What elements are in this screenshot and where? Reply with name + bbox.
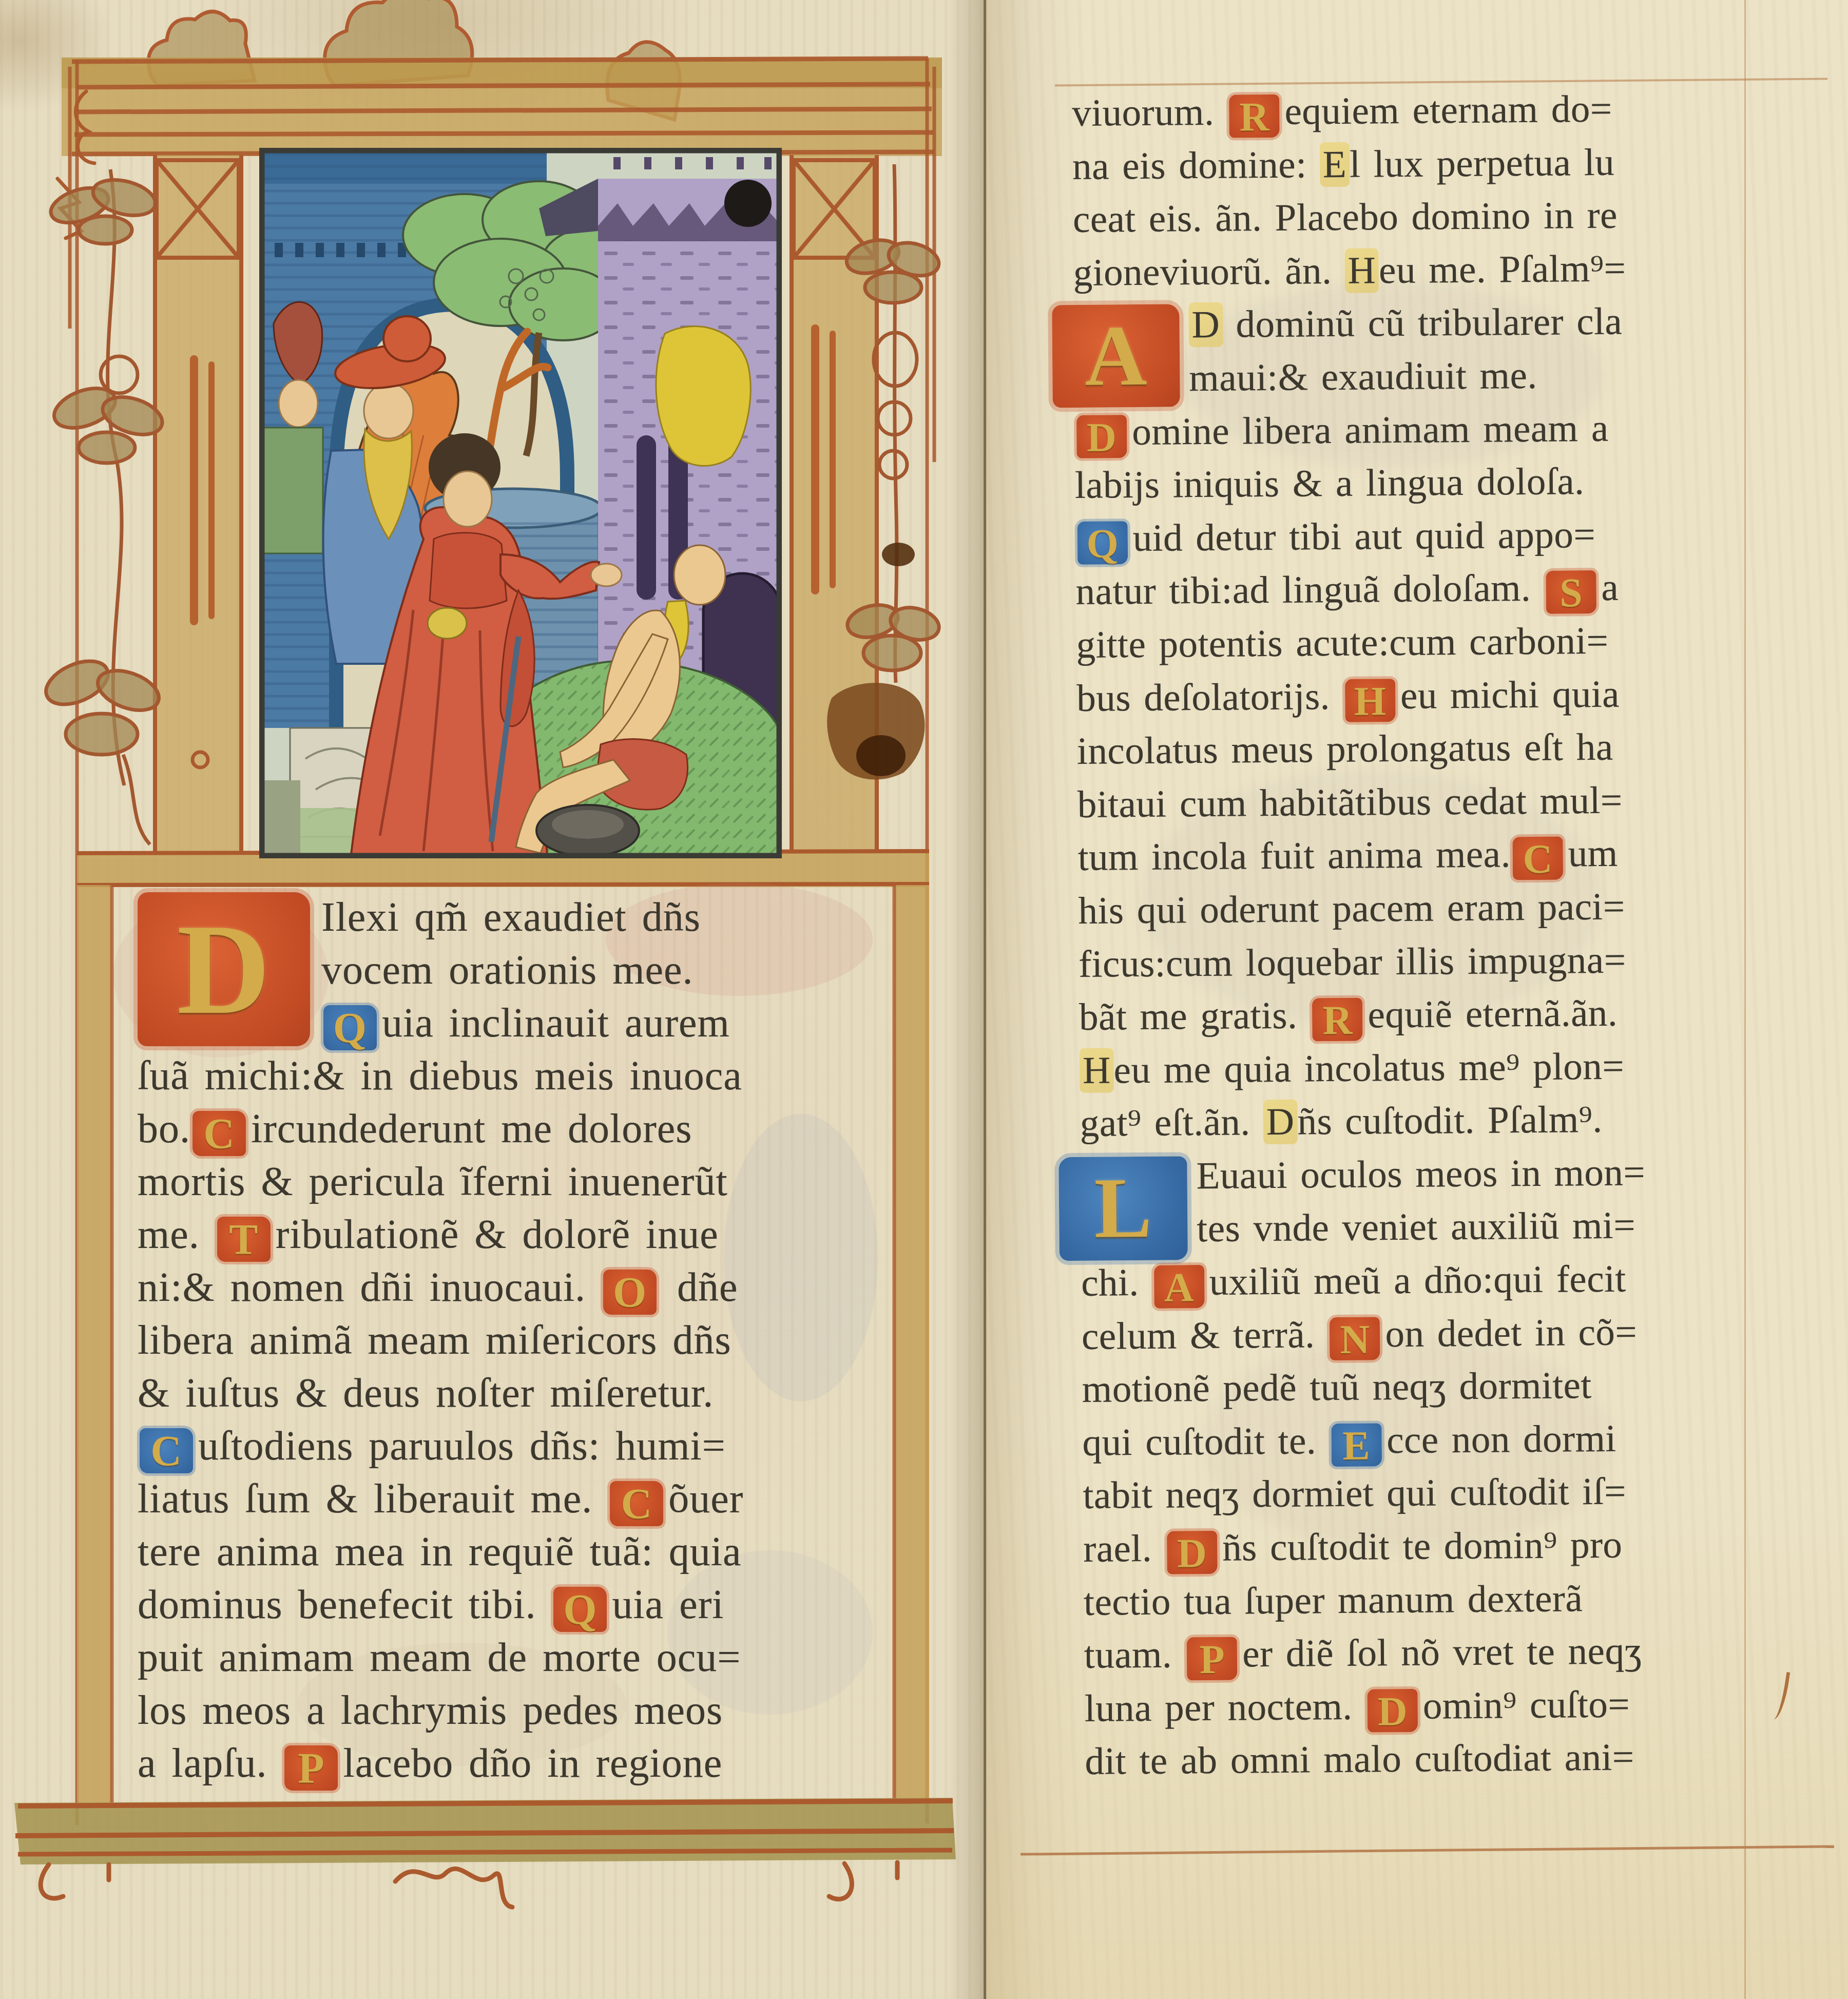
illuminated-initial-a: A: [1052, 304, 1180, 408]
latin-text: ceat eis. ãn. Placebo domino in re: [1073, 194, 1618, 241]
text-line: Domine libera animam meam a: [1074, 405, 1758, 464]
left-pilaster: [154, 155, 242, 853]
text-line: viuorum. Requiem eternam do=: [1072, 86, 1755, 145]
yellow-purse: [428, 608, 467, 639]
text-line: mortis & pericula ĩferni inuenerũt: [138, 1159, 891, 1212]
text-line: bus deſolatorijs. Heu michi quia: [1076, 671, 1760, 729]
text-line: tuam. Per diẽ ſol nõ vret te neqʒ: [1084, 1628, 1767, 1687]
text-line: puit animam meam de morte ocu=: [138, 1635, 891, 1687]
latin-text: celum & terrã.: [1082, 1313, 1328, 1358]
latin-text: l lux perpetua lu: [1350, 141, 1615, 185]
small-ink-blob: [882, 543, 915, 566]
illuminated-initial-d: D: [138, 892, 310, 1046]
right-text-column: viuorum. Requiem eternam do=na eis domin…: [1072, 86, 1768, 1793]
latin-text: on dedet in cõ=: [1385, 1311, 1637, 1355]
latin-text: luna per noctem.: [1084, 1685, 1365, 1729]
painted-initial-q: Q: [553, 1587, 607, 1632]
text-line: gitte potentis acute:cum carboni=: [1076, 618, 1759, 676]
latin-text: tuam.: [1084, 1633, 1185, 1677]
latin-text: a: [1601, 566, 1619, 609]
latin-text: uid detur tibi aut quid appo=: [1133, 513, 1596, 560]
text-line: gioneviuorũ. ãn. Heu me. Pſalm⁹=: [1073, 245, 1756, 304]
painted-initial-o: O: [603, 1270, 657, 1315]
latin-text: & iuſtus & deus noſter miſeretur.: [138, 1371, 714, 1416]
text-line: Heu me quia incolatus me⁹ plon=: [1080, 1043, 1763, 1102]
painted-initial-h: H: [1345, 679, 1396, 722]
latin-text: bo.: [138, 1106, 190, 1151]
text-line: tum incola fuit anima mea.Cum: [1077, 831, 1761, 889]
latin-text: equiẽ eternã.ãn.: [1368, 992, 1618, 1036]
latin-text: bus deſolatorijs.: [1076, 675, 1343, 719]
black-finial: [724, 180, 772, 227]
latin-text: Euaui oculos meos in mon=: [1196, 1151, 1645, 1197]
text-line: tere anima mea in requiẽ tuã: quia: [138, 1529, 891, 1582]
latin-text: motionẽ pedẽ tuũ neqʒ dormitet: [1082, 1364, 1592, 1411]
text-line: dominus benefecit tibi. Quia eri: [138, 1582, 891, 1635]
text-line: liatus ſum & liberauit me. Cõuer: [138, 1476, 891, 1529]
painted-initial-c: C: [140, 1428, 193, 1473]
painted-initial-p: P: [1187, 1637, 1238, 1681]
painted-initial-d: D: [1167, 1531, 1218, 1574]
painted-initial-n: N: [1330, 1317, 1380, 1360]
latin-text: õuer: [668, 1476, 743, 1522]
latin-text: vocem orationis mee.: [321, 948, 693, 993]
latin-text: chi.: [1081, 1261, 1152, 1304]
latin-text: ribulationẽ & dolorẽ inue: [276, 1212, 719, 1257]
latin-text: eu me quia incolatus me⁹ plon=: [1113, 1045, 1624, 1091]
latin-text: cce non dormi: [1387, 1417, 1616, 1462]
latin-text: ficus:cum loquebar illis impugna=: [1079, 938, 1626, 985]
painted-initial-d: D: [1368, 1689, 1418, 1733]
latin-text: maui:& exaudiuit me.: [1189, 354, 1537, 399]
yellow-washed-capital: D: [1263, 1100, 1297, 1145]
latin-text: viuorum.: [1072, 91, 1227, 134]
text-line: motionẽ pedẽ tuũ neqʒ dormitet: [1082, 1362, 1765, 1421]
latin-text: equiem eternam do=: [1284, 88, 1612, 133]
latin-text: tum incola fuit anima mea.: [1077, 833, 1511, 879]
latin-text: tes vnde veniet auxiliũ mi=: [1197, 1204, 1635, 1251]
left-text-column: DIlexi qm̃ exaudiet dñsvocem orationis m…: [138, 894, 891, 1793]
latin-text: bãt me gratis.: [1079, 994, 1311, 1039]
latin-text: eu me. Pſalm⁹=: [1379, 247, 1626, 292]
text-line: his qui oderunt pacem eram paci=: [1078, 883, 1761, 942]
painted-initial-t: T: [217, 1217, 271, 1262]
latin-text: Ilexi qm̃ exaudiet dñs: [321, 895, 701, 940]
text-line: ficus:cum loquebar illis impugna=: [1079, 937, 1762, 995]
latin-text: natur tibi:ad linguã doloſam.: [1075, 567, 1544, 613]
latin-text: ñs cuſtodit. Pſalm⁹.: [1297, 1098, 1603, 1143]
latin-text: uſtodiens paruulos dñs: humi=: [198, 1424, 726, 1469]
manuscript-spread: DIlexi qm̃ exaudiet dñsvocem orationis m…: [0, 0, 1848, 1999]
text-line: ceat eis. ãn. Placebo domino in re: [1073, 193, 1756, 251]
latin-text: dñe: [662, 1265, 738, 1310]
latin-text: lacebo dño in regione: [343, 1741, 722, 1786]
latin-text: dit te ab omni malo cuſtodiat ani=: [1085, 1736, 1634, 1783]
wife-hand: [591, 564, 622, 586]
latin-text: ñs cuſtodit te domin⁹ pro: [1222, 1524, 1623, 1569]
yellow-washed-capital: H: [1344, 248, 1379, 293]
ground-corner: [259, 780, 300, 858]
painted-initial-s: S: [1546, 570, 1596, 614]
latin-text: qui cuſtodit te.: [1082, 1419, 1329, 1464]
latin-text: um: [1568, 832, 1618, 875]
latin-text: dominũ cũ tribularer cla: [1223, 300, 1623, 346]
painted-initial-d: D: [1076, 415, 1127, 458]
latin-text: mortis & pericula ĩferni inuenerũt: [138, 1159, 728, 1204]
job-face: [674, 545, 725, 605]
bowl: [536, 805, 639, 856]
latin-text: his qui oderunt pacem eram paci=: [1078, 885, 1625, 932]
latin-text: gioneviuorũ. ãn.: [1073, 249, 1344, 294]
text-line: chi. Auxiliũ meũ a dño:qui fecit: [1081, 1256, 1764, 1315]
text-line: Cuſtodiens paruulos dñs: humi=: [138, 1423, 891, 1476]
text-line: dit te ab omni malo cuſtodiat ani=: [1085, 1735, 1768, 1793]
entablature: [62, 57, 942, 156]
latin-text: ircundederunt me dolores: [251, 1106, 692, 1151]
text-line: bo.Circundederunt me dolores: [138, 1106, 891, 1159]
latin-text: libera animã meam miſericors dñs: [138, 1318, 731, 1363]
latin-text: tere anima mea in requiẽ tuã: quia: [138, 1529, 741, 1574]
latin-text: ſuã michi:& in diebus meis inuoca: [138, 1053, 742, 1099]
painted-initial-c: C: [192, 1111, 246, 1156]
latin-text: rael.: [1083, 1527, 1165, 1570]
woodcut-miniature-job: [259, 148, 782, 858]
text-line: luna per noctem. Domin⁹ cuſto=: [1084, 1681, 1767, 1740]
text-line: los meos a lachrymis pedes meos: [138, 1687, 891, 1740]
base-band: [14, 1798, 956, 1907]
latin-text: tectio tua ſuper manum dexterã: [1084, 1577, 1583, 1624]
text-line: ſuã michi:& in diebus meis inuoca: [138, 1053, 891, 1106]
latin-text: omine libera animam meam a: [1132, 407, 1609, 453]
vine-ornament-left: [40, 169, 167, 844]
yellow-washed-capital: D: [1188, 302, 1223, 348]
latin-text: ni:& nomen dñi inuocaui.: [138, 1265, 601, 1310]
yellow-washed-capital: H: [1080, 1048, 1114, 1093]
illuminated-initial-l: L: [1058, 1156, 1188, 1261]
latin-text: omin⁹ cuſto=: [1423, 1683, 1630, 1727]
text-line: bãt me gratis. Requiẽ eternã.ãn.: [1079, 990, 1762, 1049]
painted-initial-c: C: [610, 1481, 663, 1526]
painted-initial-c: C: [1512, 837, 1563, 880]
painted-initial-q: Q: [323, 1005, 377, 1050]
latin-text: liatus ſum & liberauit me.: [138, 1476, 608, 1522]
text-line: me. Tribulationẽ & dolorẽ inue: [138, 1212, 891, 1264]
latin-text: labijs iniquis & a lingua doloſa.: [1075, 460, 1585, 507]
text-line: Quid detur tibi aut quid appo=: [1075, 511, 1759, 570]
latin-text: uxiliũ meũ a dño:qui fecit: [1209, 1258, 1626, 1303]
latin-text: dominus benefecit tibi.: [138, 1582, 551, 1627]
text-line: na eis domine: El lux perpetua lu: [1072, 139, 1756, 198]
text-line: a lapſu. Placebo dño in regione: [138, 1740, 891, 1793]
latin-text: na eis domine:: [1072, 143, 1320, 188]
text-line: libera animã meam miſericors dñs: [138, 1317, 891, 1370]
latin-text: puit animam meam de morte ocu=: [138, 1635, 741, 1680]
latin-text: incolatus meus prolongatus eſt ha: [1077, 726, 1613, 773]
latin-text: uia eri: [612, 1582, 724, 1627]
text-line: labijs iniquis & a lingua doloſa.: [1075, 458, 1758, 517]
painted-initial-r: R: [1229, 94, 1280, 138]
text-line: tectio tua ſuper manum dexterã: [1084, 1575, 1767, 1633]
text-line: bitaui cum habitãtibus cedat mul=: [1077, 777, 1761, 836]
text-line: ni:& nomen dñi inuocaui. O dñe: [138, 1264, 891, 1317]
painted-initial-p: P: [284, 1745, 338, 1791]
text-line: & iuſtus & deus noſter miſeretur.: [138, 1370, 891, 1423]
latin-text: uia inclinauit aurem: [382, 1001, 730, 1046]
painted-initial-e: E: [1331, 1423, 1382, 1467]
text-line: incolatus meus prolongatus eſt ha: [1077, 724, 1760, 783]
latin-text: tabit neqʒ dormiet qui cuſtodit iſ=: [1083, 1470, 1626, 1517]
text-line: natur tibi:ad linguã doloſam. Sa: [1075, 565, 1759, 623]
latin-text: me.: [138, 1212, 215, 1257]
text-line: rael. Dñs cuſtodit te domin⁹ pro: [1083, 1522, 1766, 1580]
text-line: tabit neqʒ dormiet qui cuſtodit iſ=: [1083, 1469, 1766, 1527]
latin-text: los meos a lachrymis pedes meos: [138, 1688, 723, 1733]
painted-initial-r: R: [1312, 998, 1363, 1042]
wife-face: [444, 471, 492, 527]
text-line: celum & terrã. Non dedet in cõ=: [1082, 1309, 1765, 1368]
latin-text: bitaui cum habitãtibus cedat mul=: [1077, 779, 1623, 825]
text-line: qui cuſtodit te. Ecce non dormi: [1082, 1415, 1765, 1474]
painted-initial-a: A: [1154, 1265, 1205, 1309]
latin-text: gitte potentis acute:cum carboni=: [1076, 620, 1609, 666]
left-page: DIlexi qm̃ exaudiet dñsvocem orationis m…: [0, 0, 987, 1999]
yellow-washed-capital: E: [1319, 142, 1350, 186]
text-line: gat⁹ eſt.ãn. Dñs cuſtodit. Pſalm⁹.: [1080, 1097, 1763, 1155]
tower-window: [637, 435, 656, 600]
latin-text: a lapſu.: [138, 1741, 282, 1786]
latin-text: er diẽ ſol nõ vret te neqʒ: [1242, 1630, 1642, 1676]
stain-core: [856, 735, 906, 776]
painted-initial-q: Q: [1077, 521, 1128, 565]
latin-text: eu michi quia: [1400, 672, 1620, 717]
latin-text: gat⁹ eſt.ãn.: [1080, 1101, 1263, 1145]
